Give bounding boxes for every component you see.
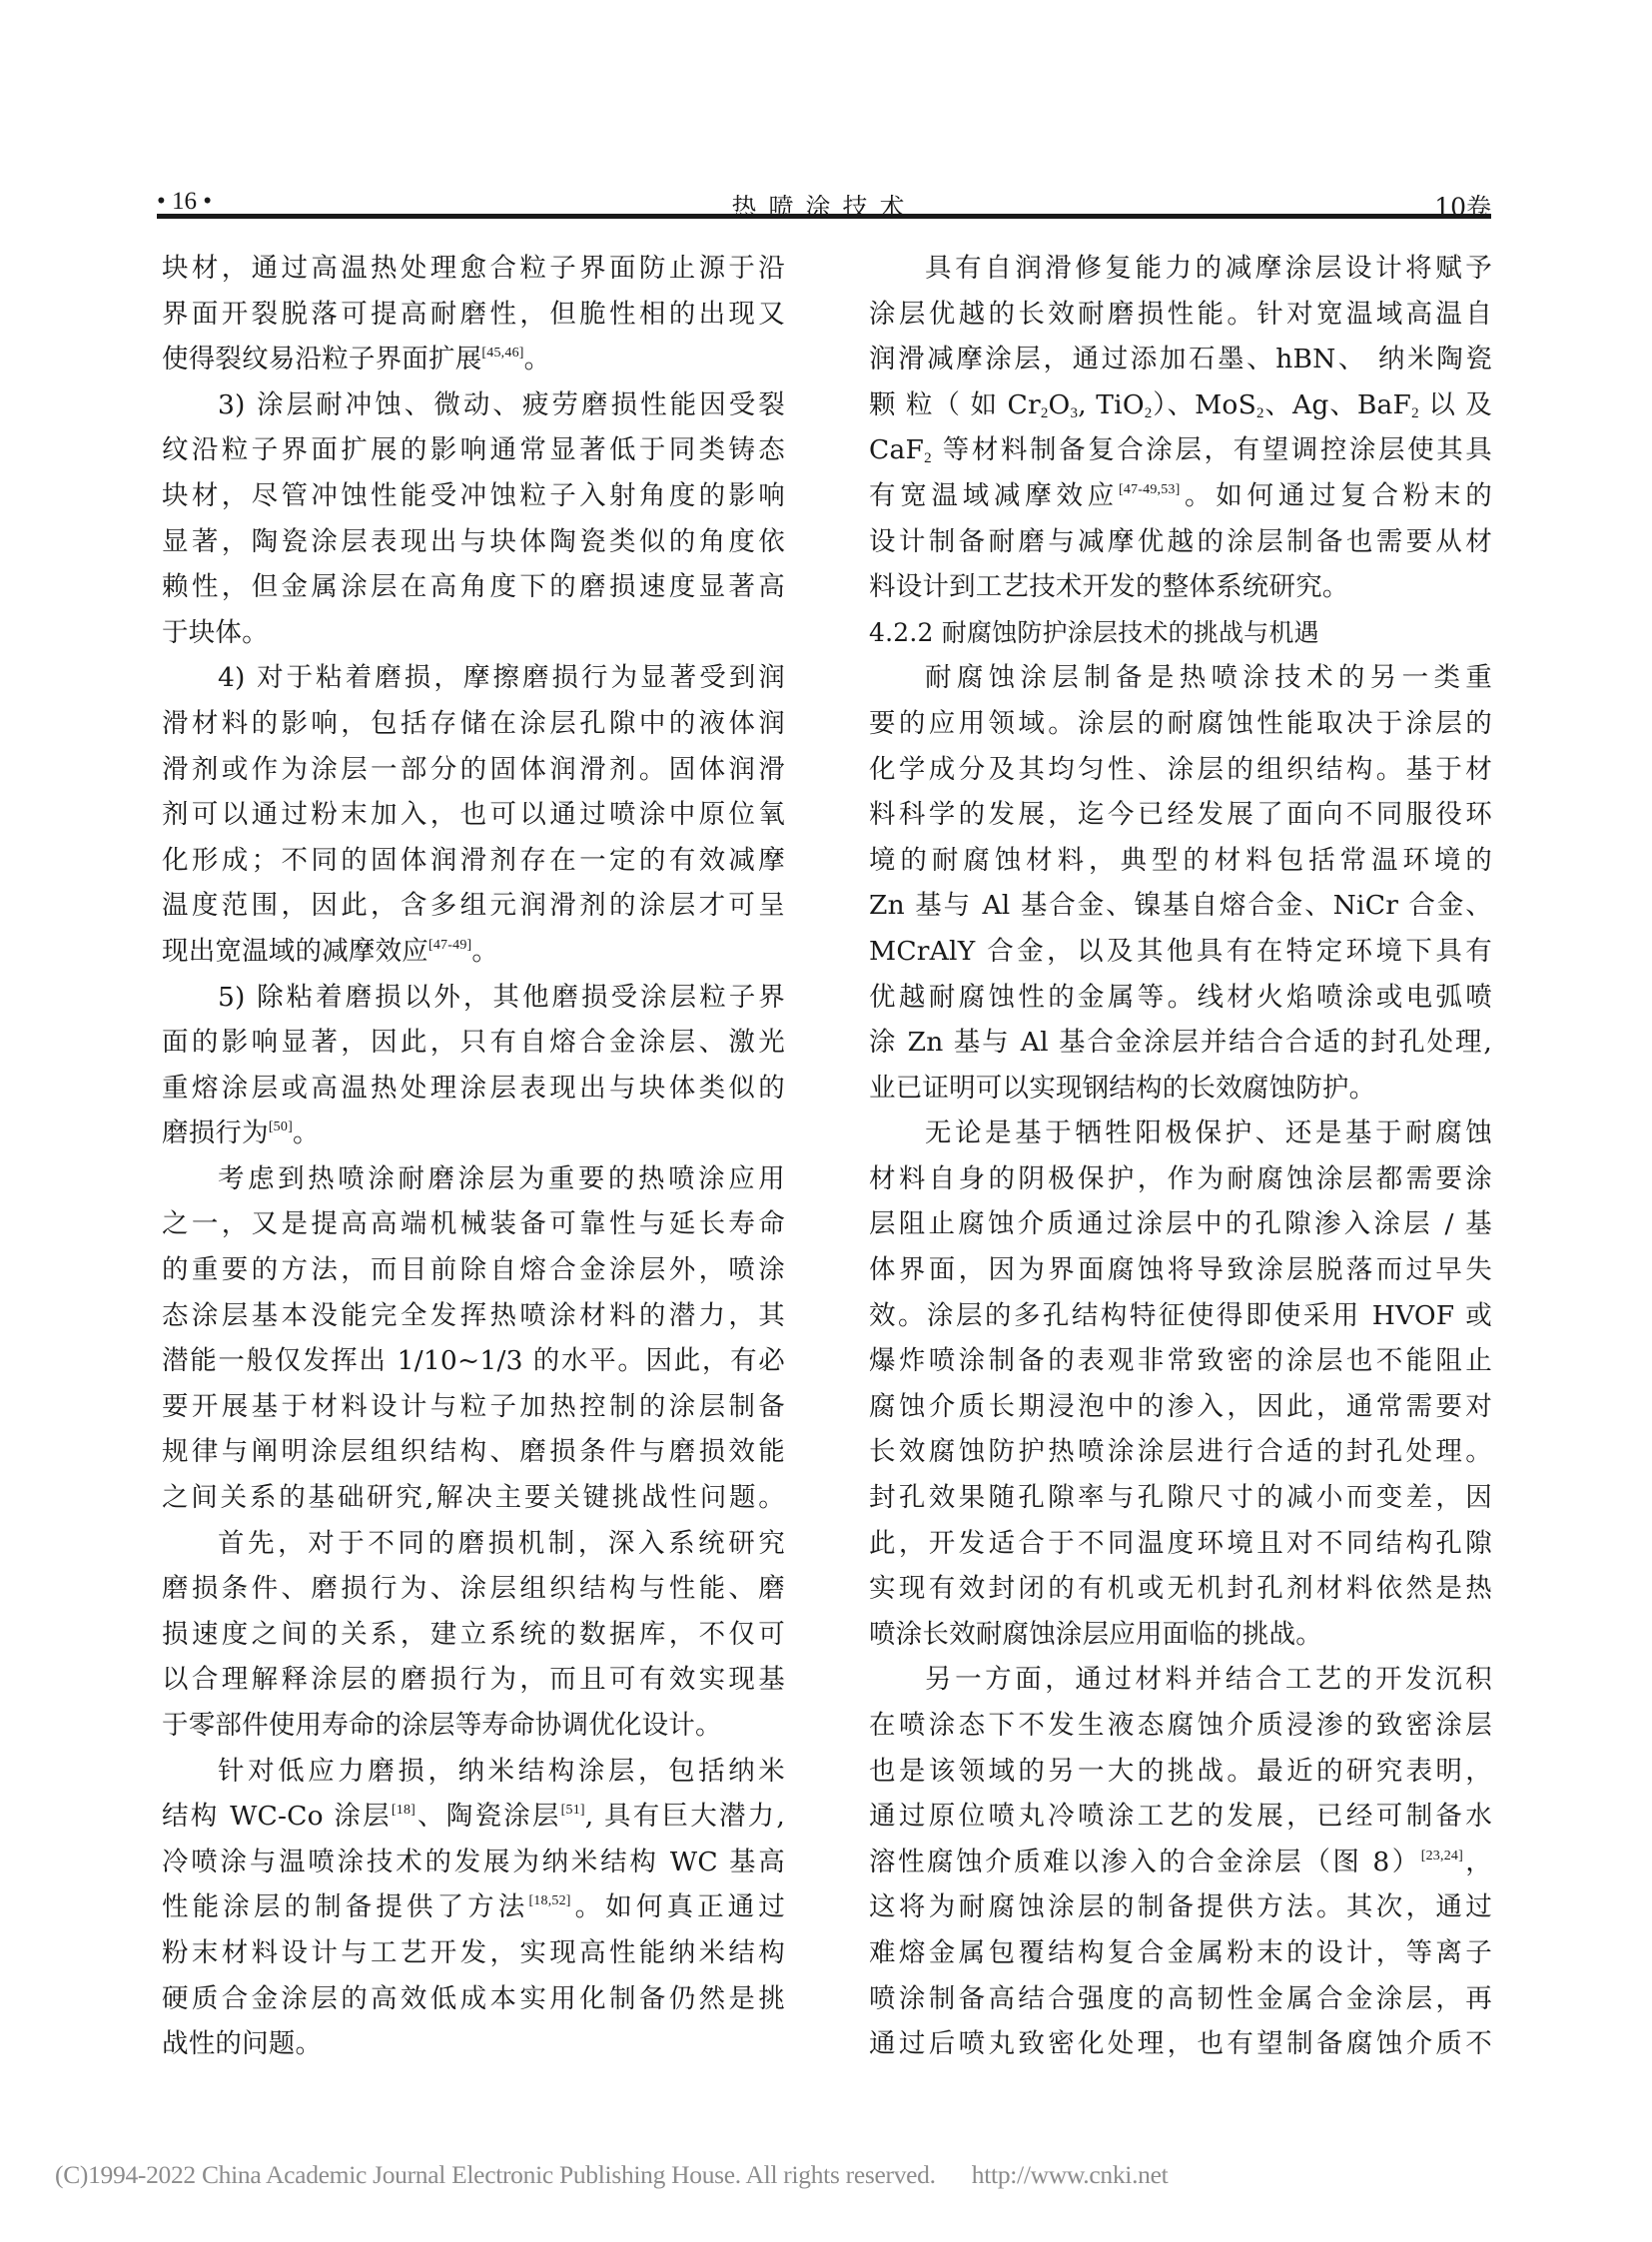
text-line: 性能涂层的制备提供了方法[18,52]。如何真正通过: [162, 1884, 785, 1930]
text-line: 硬质合金涂层的高效低成本实用化制备仍然是挑: [162, 1976, 785, 2022]
text-line: 滑剂或作为涂层一部分的固体润滑剂。固体润滑: [162, 747, 785, 793]
text-line: 耐腐蚀涂层制备是热喷涂技术的另一类重: [869, 655, 1492, 701]
text-line: 境的耐腐蚀材料，典型的材料包括常温环境的: [869, 838, 1492, 884]
citation-ref: [47-49]: [428, 938, 471, 953]
text-line: 结构 WC-Co 涂层[18]、陶瓷涂层[51], 具有巨大潜力,: [162, 1794, 785, 1840]
text-line: 5) 除粘着磨损以外，其他磨损受涂层粒子界: [162, 975, 785, 1021]
text-line: 块材，尽管冲蚀性能受冲蚀粒子入射角度的影响: [162, 473, 785, 519]
text-line: MCrAlY 合金，以及其他具有在特定环境下具有: [869, 929, 1492, 975]
text-line: 润滑减摩涂层，通过添加石墨、hBN、 纳米陶瓷: [869, 337, 1492, 382]
text-line: 磨损条件、磨损行为、涂层组织结构与性能、磨: [162, 1566, 785, 1612]
text-line: 要的应用领域。涂层的耐腐蚀性能取决于涂层的: [869, 701, 1492, 747]
text-line: 使得裂纹易沿粒子界面扩展[45,46]。: [162, 337, 785, 382]
header-rule: [157, 214, 1491, 219]
citation-ref: [51]: [561, 1803, 585, 1818]
running-header: • 16 • 热喷涂技术 10卷: [157, 188, 1491, 214]
text-line: 料设计到工艺技术开发的整体系统研究。: [869, 564, 1492, 610]
citation-ref: [23,24]: [1421, 1849, 1463, 1864]
text-line: 显著，陶瓷涂层表现出与块体陶瓷类似的角度依: [162, 519, 785, 565]
text-line: 体界面，因为界面腐蚀将导致涂层脱落而过早失: [869, 1247, 1492, 1293]
text-line: 之间关系的基础研究,解决主要关键挑战性问题。: [162, 1475, 785, 1521]
citation-ref: [50]: [269, 1120, 293, 1134]
text-line: 3) 涂层耐冲蚀、微动、疲劳磨损性能因受裂: [162, 382, 785, 428]
text-line: CaF2 等材料制备复合涂层，有望调控涂层使其具: [869, 427, 1492, 473]
text-line: 界面开裂脱落可提高耐磨性，但脆性相的出现又: [162, 292, 785, 338]
text-line: 通过后喷丸致密化处理，也有望制备腐蚀介质不: [869, 2021, 1492, 2067]
text-line: 态涂层基本没能完全发挥热喷涂材料的潜力，其: [162, 1293, 785, 1339]
text-line: 考虑到热喷涂耐磨涂层为重要的热喷涂应用: [162, 1156, 785, 1202]
text-line: 温度范围，因此，含多组元润滑剂的涂层才可呈: [162, 883, 785, 929]
text-line: 业已证明可以实现钢结构的长效腐蚀防护。: [869, 1066, 1492, 1112]
text-line: 针对低应力磨损，纳米结构涂层，包括纳米: [162, 1749, 785, 1795]
text-line: 冷喷涂与温喷涂技术的发展为纳米结构 WC 基高: [162, 1840, 785, 1885]
text-line: 战性的问题。: [162, 2021, 785, 2067]
text-line: 喷涂制备高结合强度的高韧性金属合金涂层，再: [869, 1976, 1492, 2022]
text-line: 喷涂长效耐腐蚀涂层应用面临的挑战。: [869, 1612, 1492, 1658]
text-line: 首先，对于不同的磨损机制，深入系统研究: [162, 1521, 785, 1567]
left-column: 块材，通过高温热处理愈合粒子界面防止源于沿界面开裂脱落可提高耐磨性，但脆性相的出…: [162, 246, 785, 2067]
text-line: 涂 Zn 基与 Al 基合金涂层并结合合适的封孔处理,: [869, 1020, 1492, 1066]
text-line: 这将为耐腐蚀涂层的制备提供方法。其次，通过: [869, 1884, 1492, 1930]
section-heading: 4.2.2 耐腐蚀防护涂层技术的挑战与机遇: [869, 610, 1492, 656]
text-line: 面的影响显著，因此，只有自熔合金涂层、激光: [162, 1020, 785, 1066]
text-line: 在喷涂态下不发生液态腐蚀介质浸渗的致密涂层: [869, 1703, 1492, 1749]
text-line: 有宽温域减摩效应[47-49,53]。如何通过复合粉末的: [869, 473, 1492, 519]
copyright-text: (C)1994-2022 China Academic Journal Elec…: [55, 2160, 936, 2189]
text-line: 滑材料的影响，包括存储在涂层孔隙中的液体润: [162, 701, 785, 747]
text-line: 剂可以通过粉末加入，也可以通过喷涂中原位氧: [162, 792, 785, 838]
text-line: 腐蚀介质长期浸泡中的渗入，因此，通常需要对: [869, 1384, 1492, 1430]
text-line: 材料自身的阴极保护，作为耐腐蚀涂层都需要涂: [869, 1156, 1492, 1202]
text-line: 于零部件使用寿命的涂层等寿命协调优化设计。: [162, 1703, 785, 1749]
text-line: 料科学的发展，迄今已经发展了面向不同服役环: [869, 792, 1492, 838]
text-line: 要开展基于材料设计与粒子加热控制的涂层制备: [162, 1384, 785, 1430]
text-line: 优越耐腐蚀性的金属等。线材火焰喷涂或电弧喷: [869, 975, 1492, 1021]
text-line: 以合理解释涂层的磨损行为，而且可有效实现基: [162, 1657, 785, 1703]
text-line: 化形成；不同的固体润滑剂存在一定的有效减摩: [162, 838, 785, 884]
text-line: 也是该领域的另一大的挑战。最近的研究表明，: [869, 1749, 1492, 1795]
text-line: 具有自润滑修复能力的减摩涂层设计将赋予: [869, 246, 1492, 292]
text-line: 规律与阐明涂层组织结构、磨损条件与磨损效能: [162, 1429, 785, 1475]
citation-ref: [18,52]: [528, 1893, 570, 1908]
text-line: 现出宽温域的减摩效应[47-49]。: [162, 929, 785, 975]
text-line: 化学成分及其均匀性、涂层的组织结构。基于材: [869, 747, 1492, 793]
cnki-link[interactable]: http://www.cnki.net: [972, 2160, 1169, 2189]
text-line: 纹沿粒子界面扩展的影响通常显著低于同类铸态: [162, 427, 785, 473]
text-line: 实现有效封闭的有机或无机封孔剂材料依然是热: [869, 1566, 1492, 1612]
text-line: 颗 粒（ 如 Cr2O3, TiO2）、MoS2、Ag、BaF2 以 及: [869, 382, 1492, 428]
text-line: 通过原位喷丸冷喷涂工艺的发展，已经可制备水: [869, 1794, 1492, 1840]
text-line: 层阻止腐蚀介质通过涂层中的孔隙渗入涂层 / 基: [869, 1201, 1492, 1247]
citation-ref: [47-49,53]: [1119, 482, 1181, 497]
text-line: 爆炸喷涂制备的表观非常致密的涂层也不能阻止: [869, 1338, 1492, 1384]
text-line: 此，开发适合于不同温度环境且对不同结构孔隙: [869, 1521, 1492, 1567]
text-line: 涂层优越的长效耐磨损性能。针对宽温域高温自: [869, 292, 1492, 338]
text-line: 封孔效果随孔隙率与孔隙尺寸的减小而变差，因: [869, 1475, 1492, 1521]
text-line: 4) 对于粘着磨损，摩擦磨损行为显著受到润: [162, 655, 785, 701]
text-line: 于块体。: [162, 610, 785, 656]
citation-ref: [18]: [392, 1803, 415, 1818]
text-line: 的重要的方法，而目前除自熔合金涂层外，喷涂: [162, 1247, 785, 1293]
text-line: 潜能一般仅发挥出 1/10~1/3 的水平。因此，有必: [162, 1338, 785, 1384]
text-line: 损速度之间的关系，建立系统的数据库，不仅可: [162, 1612, 785, 1658]
text-line: Zn 基与 Al 基合金、镍基自熔合金、NiCr 合金、: [869, 883, 1492, 929]
right-column: 具有自润滑修复能力的减摩涂层设计将赋予涂层优越的长效耐磨损性能。针对宽温域高温自…: [869, 246, 1492, 2067]
copyright-footer: (C)1994-2022 China Academic Journal Elec…: [55, 2160, 1168, 2190]
text-line: 块材，通过高温热处理愈合粒子界面防止源于沿: [162, 246, 785, 292]
text-line: 赖性，但金属涂层在高角度下的磨损速度显著高: [162, 564, 785, 610]
text-line: 粉末材料设计与工艺开发，实现高性能纳米结构: [162, 1930, 785, 1976]
text-line: 无论是基于牺牲阳极保护、还是基于耐腐蚀: [869, 1111, 1492, 1156]
citation-ref: [45,46]: [481, 346, 523, 361]
text-line: 之一，又是提高高端机械装备可靠性与延长寿命: [162, 1201, 785, 1247]
text-line: 效。涂层的多孔结构特征使得即使采用 HVOF 或: [869, 1293, 1492, 1339]
text-line: 磨损行为[50]。: [162, 1111, 785, 1156]
text-line: 溶性腐蚀介质难以渗入的合金涂层（图 8）[23,24]，: [869, 1840, 1492, 1885]
text-line: 重熔涂层或高温热处理涂层表现出与块体类似的: [162, 1066, 785, 1112]
text-line: 长效腐蚀防护热喷涂涂层进行合适的封孔处理。: [869, 1429, 1492, 1475]
text-line: 设计制备耐磨与减摩优越的涂层制备也需要从材: [869, 519, 1492, 565]
text-line: 难熔金属包覆结构复合金属粉末的设计，等离子: [869, 1930, 1492, 1976]
text-line: 另一方面，通过材料并结合工艺的开发沉积: [869, 1657, 1492, 1703]
